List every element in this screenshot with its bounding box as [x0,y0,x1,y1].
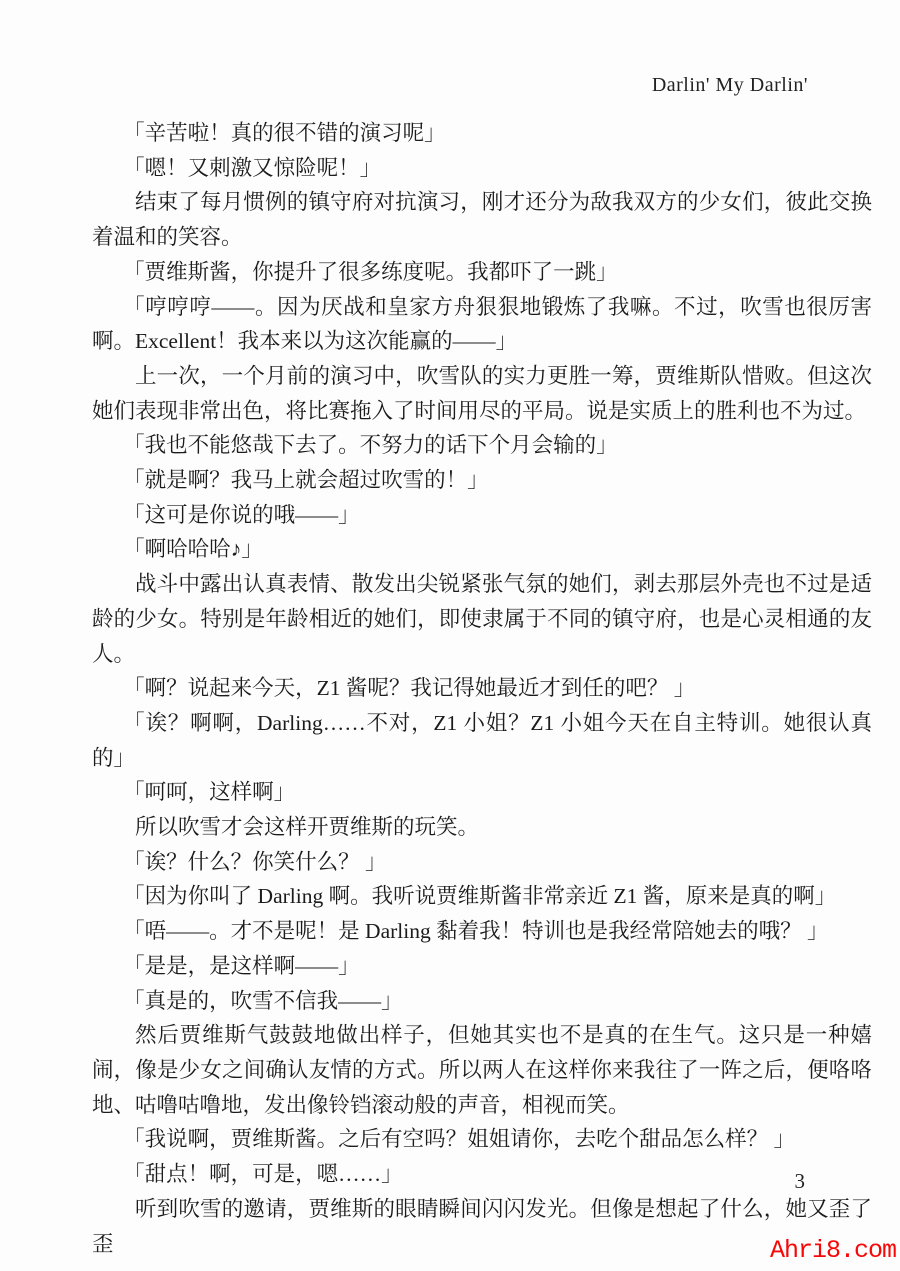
book-page: Darlin' My Darlin' 「辛苦啦！真的很不错的演习呢」「嗯！又刺激… [0,0,900,1271]
paragraph-dialogue: 「甜点！啊，可是，嗯……」 [92,1157,872,1192]
watermark-text: Ahri8.com [770,1236,896,1265]
paragraph-dialogue: 「真是的，吹雪不信我——」 [92,984,872,1019]
paragraph-narrative: 上一次，一个月前的演习中，吹雪队的实力更胜一筹，贾维斯队惜败。但这次她们表现非常… [92,359,872,428]
paragraph-narrative: 战斗中露出认真表情、散发出尖锐紧张气氛的她们，剥去那层外壳也不过是适龄的少女。特… [92,567,872,671]
paragraph-narrative: 结束了每月惯例的镇守府对抗演习，刚才还分为敌我双方的少女们，彼此交换着温和的笑容… [92,185,872,254]
paragraph-dialogue: 「诶？什么？你笑什么？ 」 [92,845,872,880]
paragraph-dialogue: 「呵呵，这样啊」 [92,775,872,810]
paragraph-narrative: 然后贾维斯气鼓鼓地做出样子，但她其实也不是真的在生气。这只是一种嬉闹，像是少女之… [92,1018,872,1122]
paragraph-dialogue: 「辛苦啦！真的很不错的演习呢」 [92,116,872,151]
running-header-title: Darlin' My Darlin' [652,74,808,97]
paragraph-narrative: 听到吹雪的邀请，贾维斯的眼睛瞬间闪闪发光。但像是想起了什么，她又歪了歪 [92,1192,872,1261]
paragraph-dialogue: 「诶？啊啊，Darling……不对，Z1 小姐？Z1 小姐今天在自主特训。她很认… [92,706,872,775]
paragraph-dialogue: 「就是啊？我马上就会超过吹雪的！」 [92,463,872,498]
paragraph-dialogue: 「我说啊，贾维斯酱。之后有空吗？姐姐请你，去吃个甜品怎么样？ 」 [92,1122,872,1157]
paragraph-narrative: 所以吹雪才会这样开贾维斯的玩笑。 [92,810,872,845]
paragraph-dialogue: 「哼哼哼——。因为厌战和皇家方舟狠狠地锻炼了我嘛。不过，吹雪也很厉害啊。Exce… [92,290,872,359]
paragraph-dialogue: 「唔——。才不是呢！是 Darling 黏着我！特训也是我经常陪她去的哦？ 」 [92,914,872,949]
paragraph-dialogue: 「啊哈哈哈♪」 [92,532,872,567]
paragraph-dialogue: 「这可是你说的哦——」 [92,498,872,533]
paragraph-dialogue: 「因为你叫了 Darling 啊。我听说贾维斯酱非常亲近 Z1 酱，原来是真的啊… [92,879,872,914]
paragraph-dialogue: 「啊？说起来今天，Z1 酱呢？我记得她最近才到任的吧？ 」 [92,671,872,706]
paragraph-dialogue: 「是是，是这样啊——」 [92,949,872,984]
page-text-body: 「辛苦啦！真的很不错的演习呢」「嗯！又刺激又惊险呢！」结束了每月惯例的镇守府对抗… [92,116,872,1261]
paragraph-dialogue: 「贾维斯酱，你提升了很多练度呢。我都吓了一跳」 [92,255,872,290]
page-number: 3 [795,1169,806,1194]
paragraph-dialogue: 「我也不能悠哉下去了。不努力的话下个月会输的」 [92,428,872,463]
paragraph-dialogue: 「嗯！又刺激又惊险呢！」 [92,151,872,186]
